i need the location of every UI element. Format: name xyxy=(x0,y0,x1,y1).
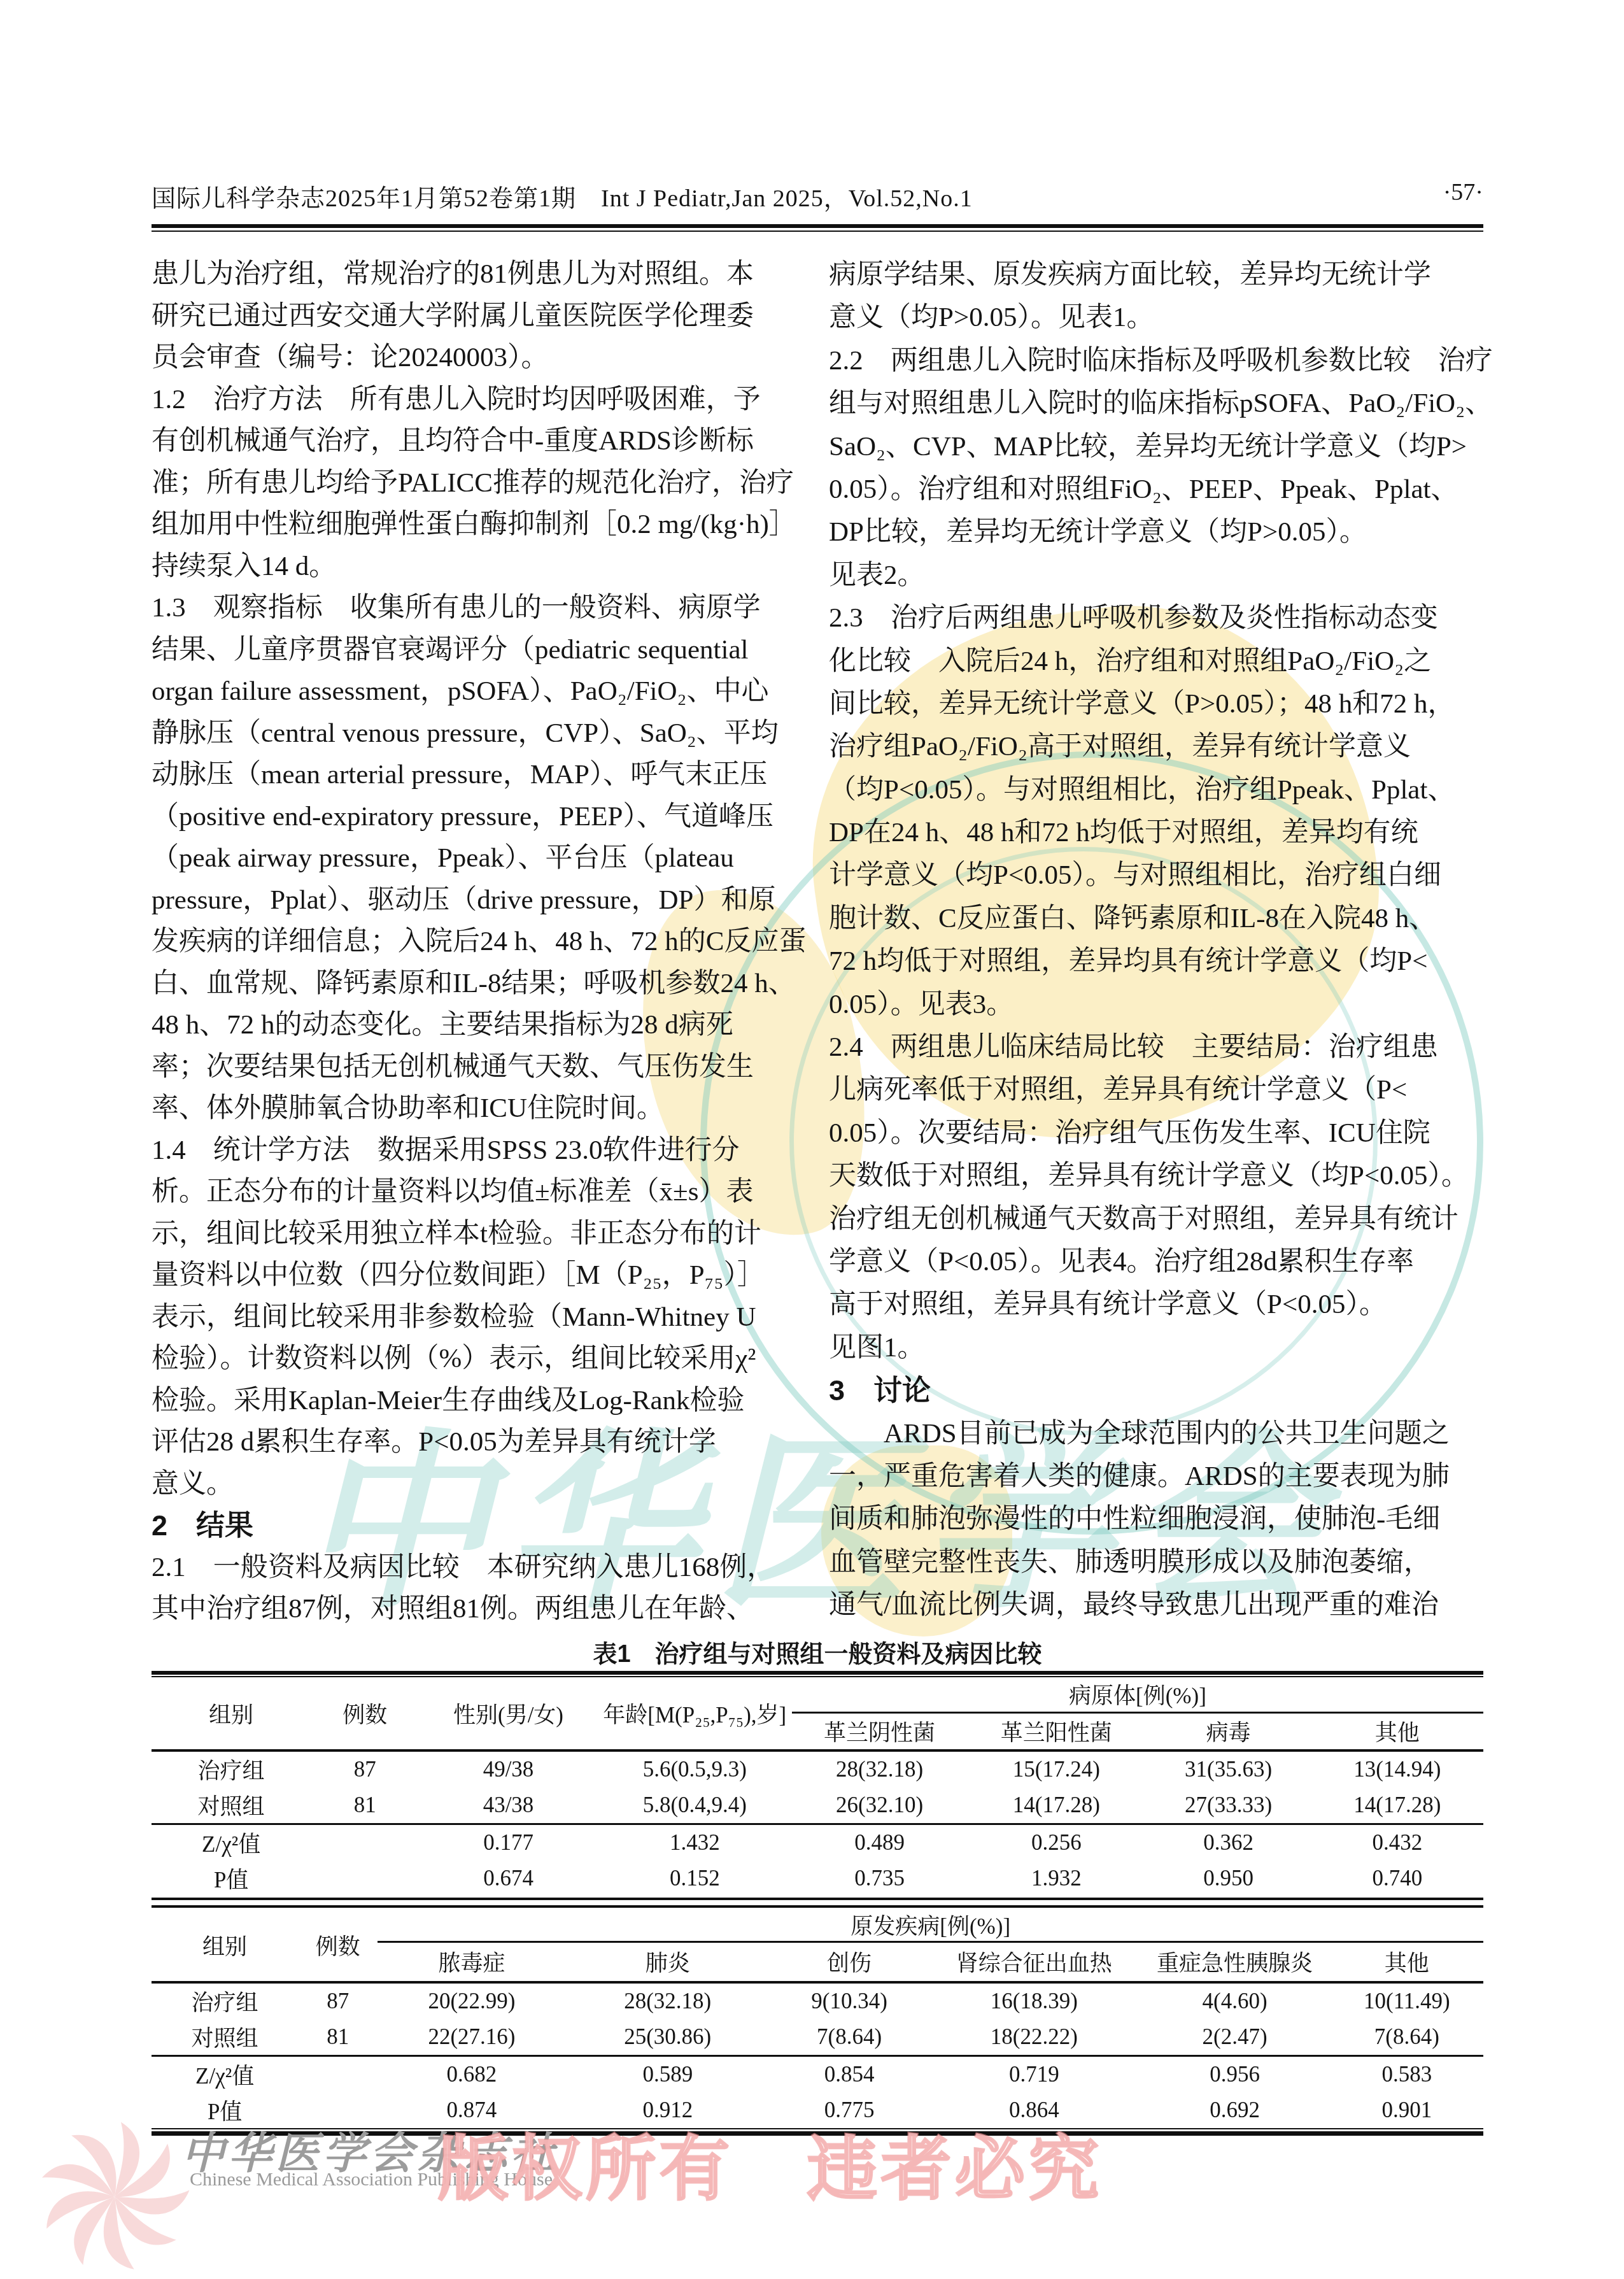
text-line: 间比较，差异无统计学意义（P>0.05）；48 h和72 h， xyxy=(829,683,1488,725)
text-line: 析。正态分布的计量资料以均值±标准差（x̄±s）表 xyxy=(152,1171,800,1213)
col-header-gram-negative: 革兰阴性菌 xyxy=(792,1713,967,1751)
table-cell: 0.152 xyxy=(598,1861,792,1896)
col-header-other: 其他 xyxy=(1311,1713,1483,1751)
text-line: 1.4 统计学方法 数据采用SPSS 23.0软件进行分 xyxy=(152,1130,800,1172)
text-line: 结果、儿童序贯器官衰竭评分（pediatric sequential xyxy=(152,629,800,671)
text-line: 持续泵入14 d。 xyxy=(152,546,800,588)
table-cell: 26(32.10) xyxy=(792,1787,967,1824)
table-cell: 7(8.64) xyxy=(1331,2019,1483,2056)
col-header-n: 例数 xyxy=(311,1677,419,1750)
text-line: 学意义（P<0.05）。见表4。治疗组28d累积生存率 xyxy=(829,1240,1488,1283)
col-header-group: 组别 xyxy=(152,1677,311,1750)
table-cell: 28(32.18) xyxy=(566,1982,770,2019)
text-line: 组与对照组患儿入院时的临床指标pSOFA、PaO₂/FiO₂、 xyxy=(829,382,1488,425)
col-header-n: 例数 xyxy=(298,1909,378,1982)
col-header-pathogen-span: 病原体[例(%)] xyxy=(792,1677,1483,1713)
table-row: 对照组 81 43/38 5.8(0.4,9.4) 26(32.10) 14(1… xyxy=(152,1787,1483,1824)
table-cell: 0.854 xyxy=(770,2056,929,2093)
journal-page: 中华医学会 国际儿科学杂志2025年1月第52卷第1期 Int J Pediat… xyxy=(0,0,1624,2279)
table-cell: 10(11.49) xyxy=(1331,1982,1483,2019)
table-cell: 22(27.16) xyxy=(378,2019,565,2056)
table-cell: 0.740 xyxy=(1311,1861,1483,1896)
text-line: 表示，组间比较采用非参数检验（Mann-Whitney U xyxy=(152,1296,800,1338)
table-row: Z/χ²值 0.177 1.432 0.489 0.256 0.362 0.43… xyxy=(152,1824,1483,1861)
text-line: 间质和肺泡弥漫性的中性粒细胞浸润，使肺泡-毛细 xyxy=(829,1498,1488,1540)
text-line: 0.05）。治疗组和对照组FiO₂、PEEP、Ppeak、Pplat、 xyxy=(829,468,1488,511)
table-cell: Z/χ²值 xyxy=(152,1824,311,1861)
text-line: 0.05）。见表3。 xyxy=(829,983,1488,1026)
table-cell: 对照组 xyxy=(152,2019,298,2056)
table-cell: 0.589 xyxy=(566,2056,770,2093)
table-cell: 0.682 xyxy=(378,2056,565,2093)
col-header-sex: 性别(男/女) xyxy=(419,1677,597,1750)
text-line: 病原学结果、原发疾病方面比较，差异均无统计学 xyxy=(829,253,1488,296)
table-cell: 5.6(0.5,9.3) xyxy=(598,1750,792,1787)
text-line: 血管壁完整性丧失、肺透明膜形成以及肺泡萎缩， xyxy=(829,1541,1488,1584)
text-line: 率、体外膜肺氧合协助率和ICU住院时间。 xyxy=(152,1088,800,1130)
col-header-pancreatitis: 重症急性胰腺炎 xyxy=(1139,1942,1330,1983)
col-header-pneumonia: 肺炎 xyxy=(566,1942,770,1983)
col-header-age: 年龄[M(P₂₅,P₇₅),岁] xyxy=(598,1677,792,1750)
col-header-gram-positive: 革兰阳性菌 xyxy=(967,1713,1145,1751)
text-line: 2.1 一般资料及病因比较 本研究纳入患儿168例， xyxy=(152,1547,800,1589)
page-header: 国际儿科学杂志2025年1月第52卷第1期 Int J Pediatr,Jan … xyxy=(152,178,1483,213)
text-line: 评估28 d累积生存率。P<0.05为差异具有统计学 xyxy=(152,1421,800,1463)
text-line: 检验）。计数资料以例（%）表示，组间比较采用χ² xyxy=(152,1338,800,1380)
page-number: ·57· xyxy=(1443,178,1483,206)
left-column: 患儿为治疗组，常规治疗的81例患儿为对照组。本研究已通过西安交通大学附属儿童医院… xyxy=(152,253,800,1630)
table-row: 治疗组 87 49/38 5.6(0.5,9.3) 28(32.18) 15(1… xyxy=(152,1750,1483,1787)
table-cell: 81 xyxy=(311,1787,419,1824)
table-cell: 28(32.18) xyxy=(792,1750,967,1787)
text-line: 2 结果 xyxy=(152,1505,800,1547)
table-cell: 0.735 xyxy=(792,1861,967,1896)
text-line: 48 h、72 h的动态变化。主要结果指标为28 d病死 xyxy=(152,1004,800,1046)
table-cell: 治疗组 xyxy=(152,1750,311,1787)
table-cell: 14(17.28) xyxy=(967,1787,1145,1824)
text-line: 组加用中性粒细胞弹性蛋白酶抑制剂［0.2 mg/(kg·h)］ xyxy=(152,504,800,546)
table1: 组别 例数 性别(男/女) 年龄[M(P₂₅,P₇₅),岁] 病原体[例(%)]… xyxy=(152,1671,1483,2136)
text-line: SaO₂、CVP、MAP比较，差异均无统计学意义（均P> xyxy=(829,425,1488,468)
text-line: 静脉压（central venous pressure，CVP）、SaO₂、平均 xyxy=(152,713,800,755)
table1-title: 表1 治疗组与对照组一般资料及病因比较 xyxy=(152,1634,1483,1669)
table-cell: 1.432 xyxy=(598,1824,792,1861)
table-cell: P值 xyxy=(152,1861,311,1896)
table-cell: 0.362 xyxy=(1145,1824,1311,1861)
right-column: 病原学结果、原发疾病方面比较，差异均无统计学意义（均P>0.05）。见表1。2.… xyxy=(829,253,1488,1627)
table-cell: 对照组 xyxy=(152,1787,311,1824)
table-cell: 5.8(0.4,9.4) xyxy=(598,1787,792,1824)
table-cell: 14(17.28) xyxy=(1311,1787,1483,1824)
table-cell: 25(30.86) xyxy=(566,2019,770,2056)
table-row: 治疗组 87 20(22.99) 28(32.18) 9(10.34) 16(1… xyxy=(152,1982,1483,2019)
table-cell: 0.950 xyxy=(1145,1861,1311,1896)
text-line: 率；次要结果包括无创机械通气天数、气压伤发生 xyxy=(152,1046,800,1088)
text-line: 患儿为治疗组，常规治疗的81例患儿为对照组。本 xyxy=(152,253,800,295)
table-section-rule xyxy=(152,1898,1483,1908)
text-line: 2.4 两组患儿临床结局比较 主要结局：治疗组患 xyxy=(829,1026,1488,1069)
table-cell: 0.432 xyxy=(1311,1824,1483,1861)
text-line: 其中治疗组87例，对照组81例。两组患儿在年龄、 xyxy=(152,1588,800,1630)
table1-part2-header: 组别 例数 原发疾病[例(%)] 脓毒症 肺炎 创伤 肾综合征出血热 重症急性胰… xyxy=(152,1909,1483,1982)
table-cell: 4(4.60) xyxy=(1139,1982,1330,2019)
text-line: 2.2 两组患儿入院时临床指标及呼吸机参数比较 治疗 xyxy=(829,339,1488,382)
col-header-virus: 病毒 xyxy=(1145,1713,1311,1751)
table-cell: 7(8.64) xyxy=(770,2019,929,2056)
col-header-primary-disease-span: 原发疾病[例(%)] xyxy=(378,1909,1483,1942)
text-line: organ failure assessment，pSOFA）、PaO₂/FiO… xyxy=(152,671,800,713)
text-line: 高于对照组，差异具有统计学意义（P<0.05）。 xyxy=(829,1283,1488,1326)
text-line: 一，严重危害着人类的健康。ARDS的主要表现为肺 xyxy=(829,1455,1488,1498)
header-rule xyxy=(152,224,1483,232)
text-line: 发疾病的详细信息；入院后24 h、48 h、72 h的C反应蛋 xyxy=(152,921,800,963)
table-top-rule xyxy=(152,1671,1483,1677)
text-line: 白、血常规、降钙素原和IL-8结果；呼吸机参数24 h、 xyxy=(152,963,800,1005)
table-cell: 16(18.39) xyxy=(929,1982,1139,2019)
table-cell: 43/38 xyxy=(419,1787,597,1824)
table-cell: 0.489 xyxy=(792,1824,967,1861)
text-line: 72 h均低于对照组，差异均具有统计学意义（均P< xyxy=(829,940,1488,983)
page-footer: 中华医学会杂志社 Chinese Medical Association Pub… xyxy=(0,2108,1624,2279)
table-cell xyxy=(311,1824,419,1861)
copyright-stamp: 版权所有 违者必究 xyxy=(438,2113,1103,2213)
table-cell: 27(33.33) xyxy=(1145,1787,1311,1824)
col-header-hfrs: 肾综合征出血热 xyxy=(929,1942,1139,1983)
text-line: （positive end-expiratory pressure，PEEP）、… xyxy=(152,796,800,838)
text-line: 治疗组无创机械通气天数高于对照组，差异具有统计 xyxy=(829,1198,1488,1240)
table-cell: 20(22.99) xyxy=(378,1982,565,2019)
table-cell: 13(14.94) xyxy=(1311,1750,1483,1787)
text-line: ARDS目前已成为全球范围内的公共卫生问题之 xyxy=(829,1412,1488,1455)
table-cell: 0.256 xyxy=(967,1824,1145,1861)
table-cell: 0.719 xyxy=(929,2056,1139,2093)
text-line: 动脉压（mean arterial pressure，MAP）、呼气末正压 xyxy=(152,754,800,796)
table-cell xyxy=(298,2056,378,2093)
publisher-flower-icon xyxy=(35,2117,194,2276)
text-line: 准；所有患儿均给予PALICC推荐的规范化治疗，治疗 xyxy=(152,462,800,504)
table-cell: 81 xyxy=(298,2019,378,2056)
table-cell: 2(2.47) xyxy=(1139,2019,1330,2056)
text-line: 见表2。 xyxy=(829,554,1488,597)
text-line: 0.05）。次要结局：治疗组气压伤发生率、ICU住院 xyxy=(829,1112,1488,1154)
table-cell: 49/38 xyxy=(419,1750,597,1787)
text-line: 意义。 xyxy=(152,1463,800,1505)
table-row: P值 0.674 0.152 0.735 1.932 0.950 0.740 xyxy=(152,1861,1483,1896)
table-cell: Z/χ²值 xyxy=(152,2056,298,2093)
text-line: DP在24 h、48 h和72 h均低于对照组，差异均有统 xyxy=(829,811,1488,854)
table-cell: 87 xyxy=(311,1750,419,1787)
col-header-other: 其他 xyxy=(1331,1942,1483,1983)
table1-part1-header: 组别 例数 性别(男/女) 年龄[M(P₂₅,P₇₅),岁] 病原体[例(%)]… xyxy=(152,1677,1483,1750)
text-line: 有创机械通气治疗，且均符合中-重度ARDS诊断标 xyxy=(152,420,800,462)
text-line: 通气/血流比例失调，最终导致患儿出现严重的难治 xyxy=(829,1584,1488,1626)
text-line: 胞计数、C反应蛋白、降钙素原和IL-8在入院48 h、 xyxy=(829,897,1488,940)
text-line: 员会审查（编号：论20240003）。 xyxy=(152,337,800,379)
table-row: 对照组 81 22(27.16) 25(30.86) 7(8.64) 18(22… xyxy=(152,2019,1483,2056)
table-cell: 18(22.22) xyxy=(929,2019,1139,2056)
text-line: 检验。采用Kaplan-Meier生存曲线及Log-Rank检验 xyxy=(152,1380,800,1422)
text-line: 意义（均P>0.05）。见表1。 xyxy=(829,296,1488,339)
table-cell: 0.177 xyxy=(419,1824,597,1861)
table-cell: 0.583 xyxy=(1331,2056,1483,2093)
journal-title: 国际儿科学杂志2025年1月第52卷第1期 Int J Pediatr,Jan … xyxy=(152,178,973,213)
table-cell: 15(17.24) xyxy=(967,1750,1145,1787)
text-line: 示，组间比较采用独立样本t检验。非正态分布的计 xyxy=(152,1213,800,1255)
table-cell: 0.674 xyxy=(419,1861,597,1896)
text-line: 量资料以中位数（四分位数间距）［M（P₂₅，P₇₅）］ xyxy=(152,1254,800,1296)
text-line: 治疗组PaO₂/FiO₂高于对照组，差异有统计学意义 xyxy=(829,725,1488,768)
text-line: 1.2 治疗方法 所有患儿入院时均因呼吸困难，予 xyxy=(152,379,800,421)
text-line: 3 讨论 xyxy=(829,1369,1488,1412)
col-header-trauma: 创伤 xyxy=(770,1942,929,1983)
text-line: 1.3 观察指标 收集所有患儿的一般资料、病原学 xyxy=(152,587,800,629)
table-cell: 31(35.63) xyxy=(1145,1750,1311,1787)
table-row: Z/χ²值 0.682 0.589 0.854 0.719 0.956 0.58… xyxy=(152,2056,1483,2093)
text-line: 计学意义（均P<0.05）。与对照组相比，治疗组白细 xyxy=(829,854,1488,897)
text-line: DP比较，差异均无统计学意义（均P>0.05）。 xyxy=(829,511,1488,553)
text-line: （peak airway pressure，Ppeak）、平台压（plateau xyxy=(152,837,800,879)
text-line: pressure，Pplat）、驱动压（drive pressure，DP）和原 xyxy=(152,879,800,921)
table-cell: 87 xyxy=(298,1982,378,2019)
text-line: 儿病死率低于对照组，差异具有统计学意义（P< xyxy=(829,1069,1488,1111)
text-line: 见图1。 xyxy=(829,1326,1488,1369)
col-header-group: 组别 xyxy=(152,1909,298,1982)
table-cell: 1.932 xyxy=(967,1861,1145,1896)
table1-part2: 组别 例数 原发疾病[例(%)] 脓毒症 肺炎 创伤 肾综合征出血热 重症急性胰… xyxy=(152,1909,1483,2128)
text-line: 天数低于对照组，差异具有统计学意义（均P<0.05）。 xyxy=(829,1154,1488,1197)
text-line: （均P<0.05）。与对照组相比，治疗组Ppeak、Pplat、 xyxy=(829,769,1488,811)
text-line: 化比较 入院后24 h，治疗组和对照组PaO₂/FiO₂之 xyxy=(829,640,1488,683)
text-line: 2.3 治疗后两组患儿呼吸机参数及炎性指标动态变 xyxy=(829,597,1488,639)
table-cell: 9(10.34) xyxy=(770,1982,929,2019)
text-line: 研究已通过西安交通大学附属儿童医院医学伦理委 xyxy=(152,295,800,337)
table-cell: 0.956 xyxy=(1139,2056,1330,2093)
table-cell: 治疗组 xyxy=(152,1982,298,2019)
table-cell xyxy=(311,1861,419,1896)
table1-part1: 组别 例数 性别(男/女) 年龄[M(P₂₅,P₇₅),岁] 病原体[例(%)]… xyxy=(152,1677,1483,1896)
col-header-sepsis: 脓毒症 xyxy=(378,1942,565,1983)
